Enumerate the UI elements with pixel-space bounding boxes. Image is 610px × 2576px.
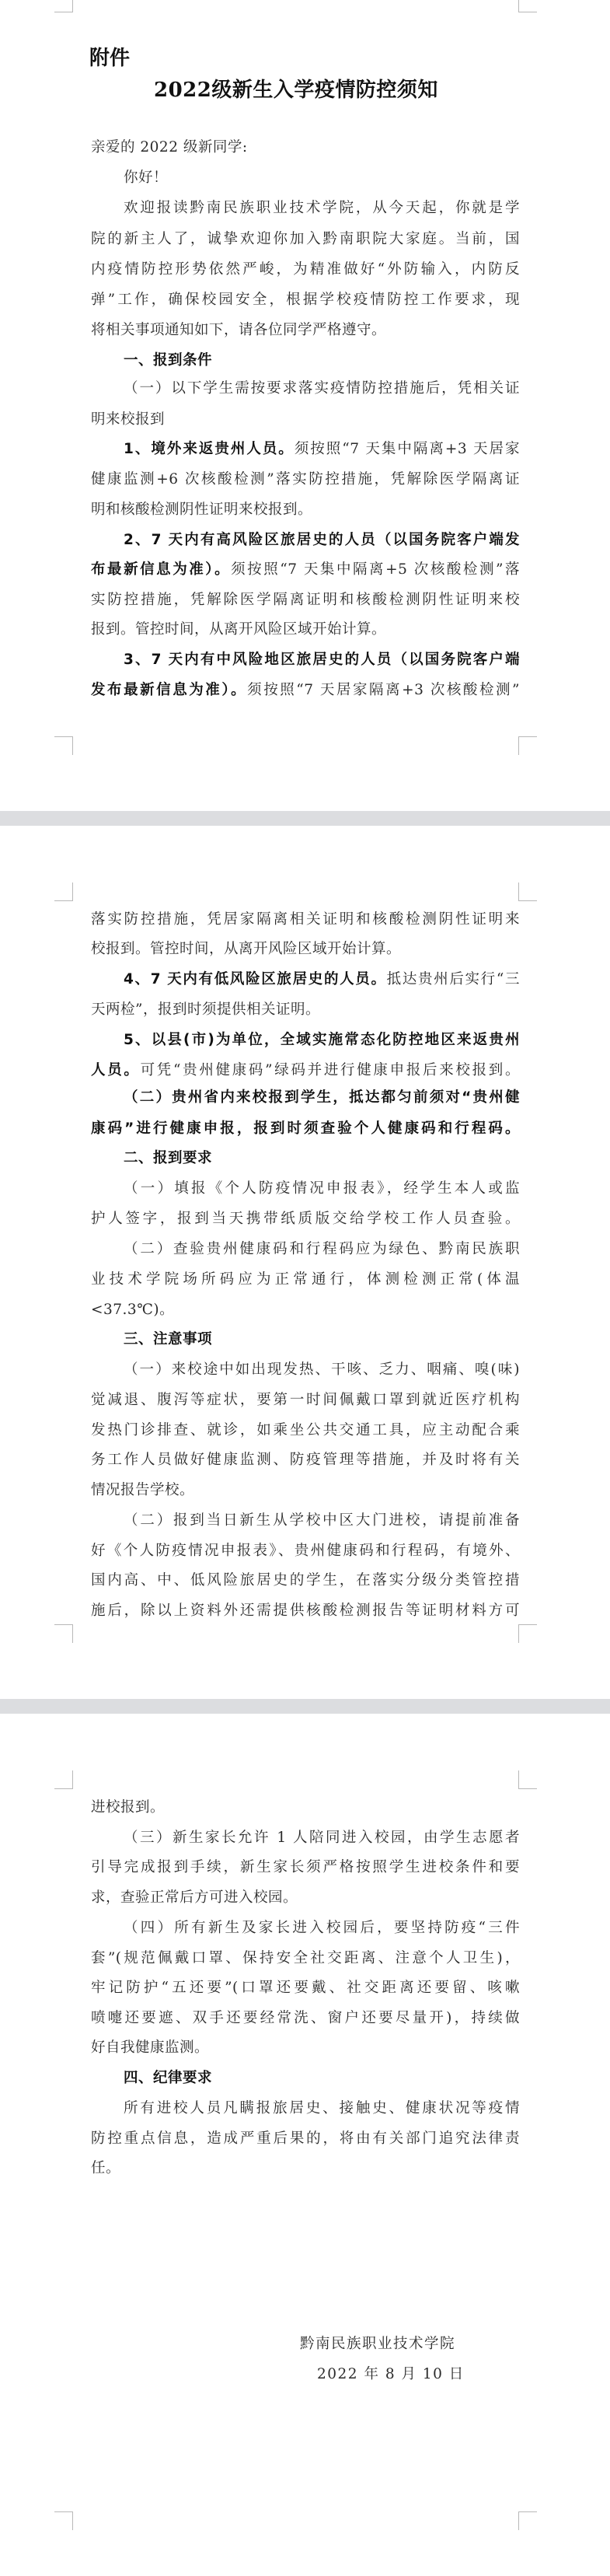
- body-text: 须按照“7 天居家隔离+3 次核酸检测”: [247, 682, 520, 698]
- paragraph-line: 人员。可凭“贵州健康码”绿码并进行健康申报后来校报到。: [91, 1061, 520, 1080]
- body-text: （二）查验贵州健康码和行程码应为绿色、黔南民族职: [124, 1241, 520, 1257]
- section-heading: 三、注意事项: [124, 1330, 520, 1349]
- paragraph-line: 好自我健康监测。: [91, 2039, 520, 2057]
- body-text: 抵达贵州后实行“三: [387, 971, 520, 987]
- body-text: （三）新生家长允许 1 人陪同进入校园，由学生志愿者: [124, 1830, 520, 1846]
- body-text: （二）报到当日新生从学校中区大门进校，请提前准备: [124, 1512, 520, 1529]
- body-text: （一）来校途中如出现发热、干咳、乏力、咽痛、嗅(味): [124, 1361, 520, 1378]
- paragraph-line: 将相关事项通知如下，请各位同学严格遵守。: [91, 321, 520, 340]
- paragraph-line: （四）所有新生及家长进入校园后，要坚持防疫“三件: [124, 1919, 520, 1938]
- section-heading-text: 三、注意事项: [124, 1331, 212, 1347]
- paragraph-line: 布最新信息为准）。须按照“7 天集中隔离+5 次核酸检测”落: [91, 561, 520, 579]
- bold-lead-text: 5、以县(市)为单位，全域实施常态化防控地区来返贵州: [124, 1032, 520, 1048]
- paragraph-line: 好《个人防疫情况申报表》、贵州健康码和行程码，有境外、: [91, 1542, 520, 1561]
- body-text: 校报到。管控时间，从离开风险区域开始计算。: [91, 941, 401, 957]
- body-text: （一）以下学生需按要求落实疫情防控措施后，凭相关证: [124, 380, 520, 397]
- margin-corner-mark: [54, 883, 73, 901]
- paragraph-line: 发热门诊排查、就诊，如乘坐公共交通工具，应主动配合乘: [91, 1421, 520, 1440]
- paragraph-line: 明和核酸检测阴性证明来校报到。: [91, 501, 520, 519]
- bold-lead-text: 4、7 天内有低风险区旅居史的人员。: [124, 971, 387, 987]
- paragraph-line: 天两检”，报到时须提供相关证明。: [91, 1001, 520, 1019]
- body-text: 套”(规范佩戴口罩、保持安全社交距离、注意个人卫生)，: [91, 1950, 520, 1966]
- page-separator: [0, 1699, 610, 1714]
- paragraph-line: 校报到。管控时间，从离开风险区域开始计算。: [91, 940, 520, 959]
- paragraph-line: 套”(规范佩戴口罩、保持安全社交距离、注意个人卫生)，: [91, 1949, 520, 1968]
- body-text: 进校报到。: [91, 1799, 165, 1816]
- body-text: 落实防控措施，凭居家隔离相关证明和核酸检测阴性证明来: [91, 911, 520, 928]
- paragraph-line: 1、境外来返贵州人员。须按照“7 天集中隔离+3 天居家: [124, 440, 520, 459]
- paragraph-line: 牢记防护“五还要”(口罩还要戴、社交距离还要留、咳嗽: [91, 1979, 520, 1998]
- page-separator: [0, 811, 610, 826]
- section-heading-text: 二、报到要求: [124, 1150, 212, 1166]
- body-text: 欢迎报读黔南民族职业技术学院，从今天起，你就是学: [124, 200, 520, 216]
- paragraph-line: <37.3℃)。: [91, 1301, 520, 1319]
- body-text: 务工作人员做好健康监测、防疫管理等措施，并及时将有关: [91, 1452, 520, 1468]
- margin-corner-mark: [518, 0, 537, 12]
- paragraph-line: 求，查验正常后方可进入校园。: [91, 1889, 520, 1907]
- body-text: 护人签字，报到当天携带纸质版交给学校工作人员查验。: [91, 1211, 520, 1227]
- body-text: 喷嚏还要遮、双手还要经常洗、窗户还要尽量开)，持续做: [91, 2010, 520, 2026]
- paragraph-line: 4、7 天内有低风险区旅居史的人员。抵达贵州后实行“三: [124, 970, 520, 989]
- body-text: 院的新主人了，诚挚欢迎你加入黔南职院大家庭。当前，国: [91, 231, 520, 247]
- margin-corner-mark: [518, 883, 537, 901]
- paragraph-line: 5、以县(市)为单位，全域实施常态化防控地区来返贵州: [124, 1031, 520, 1050]
- bold-lead-text: 人员。: [91, 1062, 141, 1078]
- body-text: 须按照“7 天集中隔离+5 次核酸检测”落: [231, 561, 520, 578]
- body-text: 好自我健康监测。: [91, 2039, 209, 2056]
- body-text: 须按照“7 天集中隔离+3 天居家: [295, 441, 520, 457]
- paragraph-line: （一）以下学生需按要求落实疫情防控措施后，凭相关证: [124, 379, 520, 398]
- body-text: 好《个人防疫情况申报表》、贵州健康码和行程码，有境外、: [91, 1543, 520, 1559]
- paragraph-line: 欢迎报读黔南民族职业技术学院，从今天起，你就是学: [124, 199, 520, 218]
- section-heading-text: 一、报到条件: [124, 352, 212, 369]
- body-text: 任。: [91, 2160, 120, 2176]
- paragraph-line: 内疫情防控形势依然严峻，为精准做好“外防输入，内防反: [91, 260, 520, 279]
- paragraph-line: 健康监测+6 次核酸检测”落实防控措施，凭解除医学隔离证: [91, 470, 520, 489]
- body-text: （一）填报《个人防疫情况申报表》，经学生本人或监: [124, 1180, 520, 1197]
- paragraph-line: 落实防控措施，凭居家隔离相关证明和核酸检测阴性证明来: [91, 911, 520, 929]
- paragraph-line: 院的新主人了，诚挚欢迎你加入黔南职院大家庭。当前，国: [91, 230, 520, 249]
- signature-date: 2022 年 8 月 10 日: [317, 2365, 465, 2384]
- paragraph-line: （一）填报《个人防疫情况申报表》，经学生本人或监: [124, 1180, 520, 1198]
- margin-corner-mark: [54, 1624, 73, 1643]
- bold-lead-text: 1、境外来返贵州人员。: [124, 441, 295, 457]
- body-text: 将相关事项通知如下，请各位同学严格遵守。: [91, 322, 386, 338]
- paragraph-line: 觉减退、腹泻等症状，要第一时间佩戴口罩到就近医疗机构: [91, 1391, 520, 1410]
- margin-corner-mark: [518, 1624, 537, 1643]
- body-text: 健康监测+6 次核酸检测”落实防控措施，凭解除医学隔离证: [91, 471, 520, 488]
- margin-corner-mark: [54, 736, 73, 755]
- salutation: 亲爱的 2022 级新同学:: [91, 138, 520, 157]
- body-text: 业技术学院场所码应为正常通行，体测检测正常(体温: [91, 1271, 520, 1288]
- signature-org: 黔南民族职业技术学院: [300, 2335, 455, 2354]
- bold-lead-text: 2、7 天内有高风险区旅居史的人员（以国务院客户端发: [124, 532, 520, 548]
- margin-corner-mark: [518, 736, 537, 755]
- bold-lead-text: （二）贵州省内来校报到学生，抵达都匀前须对“贵州健: [124, 1089, 520, 1106]
- body-text: 引导完成报到手续，新生家长须严格按照学生进校条件和要: [91, 1859, 520, 1875]
- paragraph-line: 实防控措施，凭解除医学隔离证明和核酸检测阴性证明来校: [91, 591, 520, 610]
- paragraph-line: 2、7 天内有高风险区旅居史的人员（以国务院客户端发: [124, 531, 520, 550]
- paragraph-line: 护人签字，报到当天携带纸质版交给学校工作人员查验。: [91, 1210, 520, 1229]
- paragraph-line: 明来校报到: [91, 411, 520, 429]
- section-heading: 二、报到要求: [124, 1149, 520, 1168]
- paragraph-line: 进校报到。: [91, 1798, 520, 1817]
- paragraph-line: 业技术学院场所码应为正常通行，体测检测正常(体温: [91, 1271, 520, 1289]
- body-text: 求，查验正常后方可进入校园。: [91, 1889, 298, 1906]
- body-text: 实防控措施，凭解除医学隔离证明和核酸检测阴性证明来校: [91, 592, 520, 608]
- paragraph-line: 情况报告学校。: [91, 1481, 520, 1500]
- paragraph-line: （三）新生家长允许 1 人陪同进入校园，由学生志愿者: [124, 1829, 520, 1847]
- body-text: 明来校报到: [91, 411, 165, 428]
- paragraph-line: 发布最新信息为准）。须按照“7 天居家隔离+3 次核酸检测”: [91, 681, 520, 700]
- paragraph-line: 施后，除以上资料外还需提供核酸检测报告等证明材料方可: [91, 1602, 520, 1620]
- paragraph-line: 3、7 天内有中风险地区旅居史的人员（以国务院客户端: [124, 651, 520, 669]
- margin-corner-mark: [54, 2511, 73, 2530]
- bold-lead-text: 发布最新信息为准）。: [91, 682, 247, 698]
- bold-lead-text: 3、7 天内有中风险地区旅居史的人员（以国务院客户端: [124, 652, 520, 668]
- section-heading: 四、纪律要求: [124, 2069, 520, 2088]
- body-text: （四）所有新生及家长进入校园后，要坚持防疫“三件: [124, 1920, 520, 1936]
- body-text: 弹”工作，确保校园安全，根据学校疫情防控工作要求，现: [91, 292, 520, 308]
- body-text: 施后，除以上资料外还需提供核酸检测报告等证明材料方可: [91, 1603, 520, 1619]
- margin-corner-mark: [54, 0, 73, 12]
- body-text: 国内高、中、低风险旅居史的学生，在落实分级分类管控措: [91, 1572, 520, 1589]
- paragraph-line: 所有进校人员凡瞒报旅居史、接触史、健康状况等疫情: [124, 2099, 520, 2118]
- paragraph-line: （二）贵州省内来校报到学生，抵达都匀前须对“贵州健: [124, 1089, 520, 1107]
- paragraph-line: 弹”工作，确保校园安全，根据学校疫情防控工作要求，现: [91, 291, 520, 309]
- body-text: 发热门诊排查、就诊，如乘坐公共交通工具，应主动配合乘: [91, 1422, 520, 1438]
- paragraph-line: 康码”进行健康申报，报到时须查验个人健康码和行程码。: [91, 1120, 520, 1138]
- section-heading-text: 四、纪律要求: [124, 2070, 212, 2086]
- greeting: 你好！: [124, 169, 520, 187]
- margin-corner-mark: [518, 2511, 537, 2530]
- section-heading: 一、报到条件: [124, 351, 520, 370]
- body-text: 防控重点信息，造成严重后果的，将由有关部门追究法律责: [91, 2130, 520, 2147]
- paragraph-line: 报到。管控时间，从离开风险区域开始计算。: [91, 620, 520, 639]
- body-text: 牢记防护“五还要”(口罩还要戴、社交距离还要留、咳嗽: [91, 1980, 520, 1996]
- body-text: 内疫情防控形势依然严峻，为精准做好“外防输入，内防反: [91, 261, 520, 278]
- body-text: 可凭“贵州健康码”绿码并进行健康申报后来校报到。: [141, 1062, 520, 1078]
- bold-lead-text: 布最新信息为准）。: [91, 561, 231, 578]
- bold-lead-text: 康码”进行健康申报，报到时须查验个人健康码和行程码。: [91, 1120, 520, 1137]
- paragraph-line: 喷嚏还要遮、双手还要经常洗、窗户还要尽量开)，持续做: [91, 2009, 520, 2028]
- body-text: 所有进校人员凡瞒报旅居史、接触史、健康状况等疫情: [124, 2100, 520, 2116]
- paragraph-line: 务工作人员做好健康监测、防疫管理等措施，并及时将有关: [91, 1451, 520, 1470]
- annex-label: 附件: [89, 42, 130, 71]
- paragraph-line: 任。: [91, 2159, 520, 2178]
- paragraph-line: （二）报到当日新生从学校中区大门进校，请提前准备: [124, 1512, 520, 1530]
- body-text: 明和核酸检测阴性证明来校报到。: [91, 502, 312, 518]
- body-text: <37.3℃)。: [91, 1302, 174, 1318]
- paragraph-line: 国内高、中、低风险旅居史的学生，在落实分级分类管控措: [91, 1571, 520, 1590]
- body-text: 觉减退、腹泻等症状，要第一时间佩戴口罩到就近医疗机构: [91, 1392, 520, 1408]
- body-text: 情况报告学校。: [91, 1482, 194, 1498]
- paragraph-line: 防控重点信息，造成严重后果的，将由有关部门追究法律责: [91, 2130, 520, 2148]
- paragraph-line: （二）查验贵州健康码和行程码应为绿色、黔南民族职: [124, 1240, 520, 1259]
- paragraph-line: （一）来校途中如出现发热、干咳、乏力、咽痛、嗅(味): [124, 1361, 520, 1379]
- margin-corner-mark: [54, 1770, 73, 1789]
- paragraph-line: 引导完成报到手续，新生家长须严格按照学生进校条件和要: [91, 1858, 520, 1877]
- margin-corner-mark: [518, 1770, 537, 1789]
- body-text: 天两检”，报到时须提供相关证明。: [91, 1001, 320, 1018]
- document-title: 2022级新生入学疫情防控须知: [154, 74, 457, 103]
- body-text: 报到。管控时间，从离开风险区域开始计算。: [91, 621, 386, 638]
